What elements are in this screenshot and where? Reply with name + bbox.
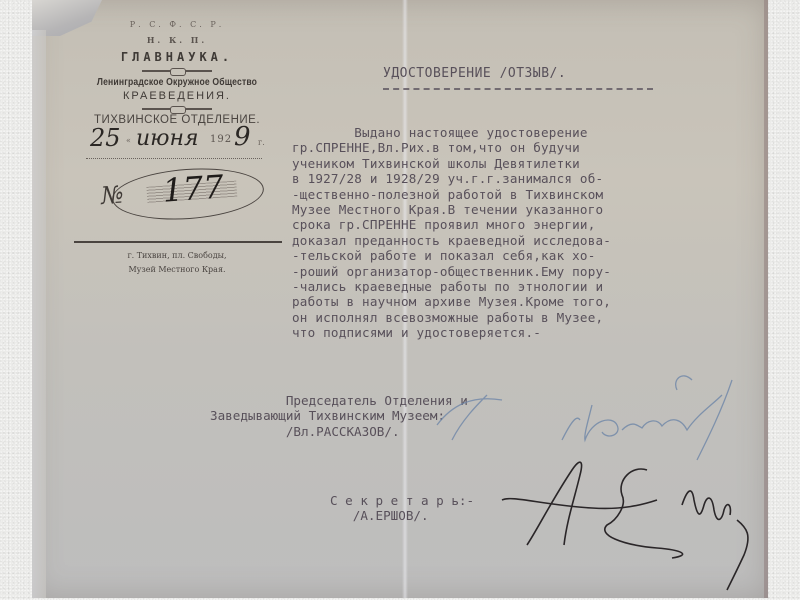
date-year-digit: 9	[234, 122, 251, 152]
body-line: учеником Тихвинской школы Девятилетки	[292, 156, 611, 171]
body-line: что подписями и удостоверяется.-	[292, 325, 611, 340]
body-line: гр.СПРЕННЕ,Вл.Рих.в том,что он будучи	[292, 140, 611, 155]
signatory-chairman: Председатель Отделения иЗаведывающий Тих…	[210, 393, 468, 439]
paper-edge	[32, 30, 46, 598]
body-line: Выдано настоящее удостоверение	[292, 125, 611, 140]
document-number: 177	[161, 168, 225, 210]
body-line: доказал преданность краеведной исследова…	[292, 233, 611, 248]
document-title: УДОСТОВЕРЕНИЕ /ОТЗЫВ/.	[383, 66, 566, 81]
letterhead-organization: Ленинградское Окружное Общество	[91, 76, 263, 88]
date-quote: «	[126, 136, 131, 145]
body-line: Музее Местного Края.В течении указанного	[292, 202, 611, 217]
date-year-suffix: г.	[258, 138, 265, 147]
letterhead-organization-2: КРАЕВЕДЕНИЯ.	[72, 90, 282, 102]
body-line: -щественно-полезной работой в Тихвинском	[292, 187, 611, 202]
letterhead-address: г. Тихвин, пл. Свободы, Музей Местного К…	[72, 249, 282, 277]
body-line: -тельской работе и показал себя,как хо-	[292, 248, 611, 263]
ink-signature-icon	[502, 462, 748, 590]
secretary-line: С е к р е т а р ь:-	[330, 493, 474, 508]
body-line: -роший организатор-общественник.Ему пору…	[292, 264, 611, 279]
ornament-divider	[142, 70, 212, 72]
address-line-2: Музей Местного Края.	[72, 263, 282, 277]
body-line: работы в научном архиве Музея.Кроме того…	[292, 294, 611, 309]
paper-edge-right	[764, 0, 768, 598]
date-year-prefix: 192	[210, 134, 232, 145]
secretary-line: /А.ЕРШОВ/.	[330, 508, 474, 523]
document-body: Выдано настоящее удостоверениегр.СПРЕННЕ…	[292, 125, 611, 341]
letterhead-agency: ГЛАВНАУКА.	[72, 50, 282, 64]
body-line: он исполнял всевозможные работы в Музее,	[292, 310, 611, 325]
date-field: 25 « июня 192 9 г.	[86, 126, 262, 159]
date-day: 25	[90, 124, 121, 152]
body-line: срока гр.СПРЕННЕ проявил много энергии,	[292, 217, 611, 232]
body-line: -чались краеведные работы по этнологии и	[292, 279, 611, 294]
signatory-secretary: С е к р е т а р ь:- /А.ЕРШОВ/.	[330, 493, 474, 524]
address-line-1: г. Тихвин, пл. Свободы,	[72, 249, 282, 263]
letterhead: Р. С. Ф. С. Р. Н. К. П. ГЛАВНАУКА. Ленин…	[72, 20, 282, 277]
letterhead-rule	[74, 241, 282, 243]
date-month: июня	[136, 126, 199, 151]
title-underline	[383, 88, 653, 90]
chairman-line: Председатель Отделения и	[210, 393, 468, 408]
pencil-signature-icon	[437, 376, 732, 460]
document-photo: Р. С. Ф. С. Р. Н. К. П. ГЛАВНАУКА. Ленин…	[32, 0, 768, 598]
chairman-line: /Вл.РАССКАЗОВ/.	[210, 424, 468, 439]
letterhead-ministry: Н. К. П.	[72, 35, 282, 45]
ornament-divider	[142, 108, 212, 110]
number-sign: №	[100, 181, 125, 211]
document-number-stamp: № 177	[110, 164, 265, 224]
body-line: в 1927/28 и 1928/29 уч.г.г.занимался об-	[292, 171, 611, 186]
chairman-line: Заведывающий Тихвинским Музеем:	[210, 408, 468, 423]
letterhead-country: Р. С. Ф. С. Р.	[72, 20, 282, 29]
